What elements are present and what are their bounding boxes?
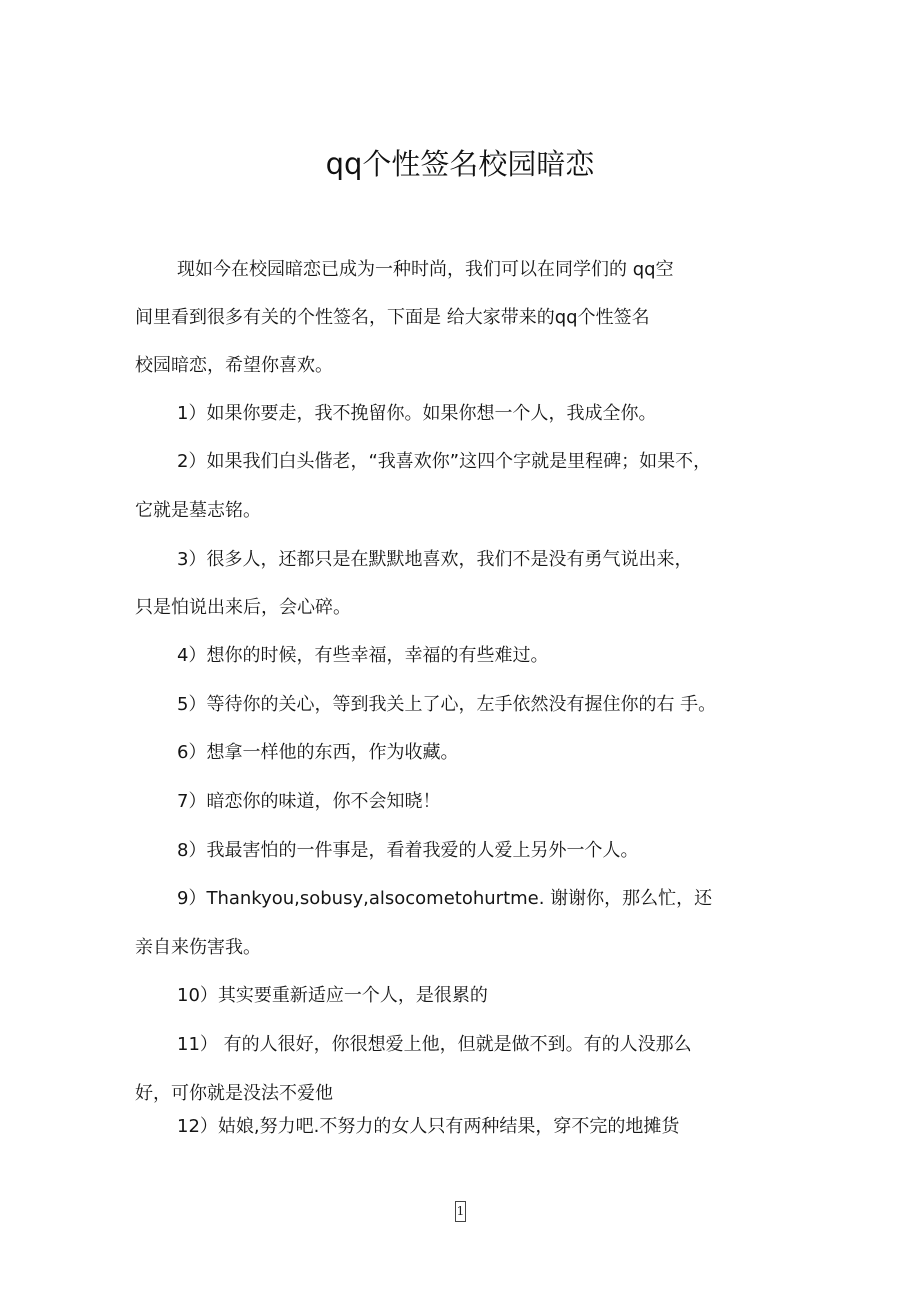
paragraph-line: 8）我最害怕的一件事是，看着我爱的人爱上另外一个人。	[177, 839, 638, 863]
paragraph-line: 5）等待你的关心，等到我关上了心，左手依然没有握住你的右 手。	[177, 693, 716, 717]
paragraph-line: 6）想拿一样他的东西，作为收藏。	[177, 741, 458, 765]
paragraph-line: 3）很多人，还都只是在默默地喜欢，我们不是没有勇气说出来，	[177, 548, 692, 572]
page-number: 1	[455, 1201, 466, 1222]
paragraph-line: 它就是墓志铭。	[135, 499, 261, 523]
paragraph-line: 校园暗恋，希望你喜欢。	[135, 354, 333, 378]
paragraph-line: 4）想你的时候，有些幸福，幸福的有些难过。	[177, 644, 548, 668]
paragraph-line: 1）如果你要走，我不挽留你。如果你想一个人，我成全你。	[177, 402, 656, 426]
document-page: qq个性签名校园暗恋 现如今在校园暗恋已成为一种时尚，我们可以在同学们的 qq空…	[0, 0, 920, 1303]
paragraph-line: 间里看到很多有关的个性签名，下面是 给大家带来的qq个性签名	[135, 306, 650, 330]
paragraph-line: 好，可你就是没法不爱他	[135, 1082, 333, 1106]
paragraph-line: 9）Thankyou,sobusy,alsocometohurtme. 谢谢你，…	[177, 887, 712, 911]
paragraph-line: 只是怕说出来后，会心碎。	[135, 596, 351, 620]
paragraph-line: 10）其实要重新适应一个人，是很累的	[177, 984, 488, 1008]
paragraph-line: 11） 有的人很好，你很想爱上他，但就是做不到。有的人没那么	[177, 1033, 692, 1057]
paragraph-line: 7）暗恋你的味道，你不会知晓！	[177, 790, 440, 814]
document-title: qq个性签名校园暗恋	[0, 142, 920, 186]
paragraph-line: 亲自来伤害我。	[135, 936, 261, 960]
paragraph-line: 现如今在校园暗恋已成为一种时尚，我们可以在同学们的 qq空	[177, 258, 674, 282]
paragraph-line: 2）如果我们白头偕老，“我喜欢你”这四个字就是里程碑；如果不，	[177, 450, 711, 474]
paragraph-line: 12）姑娘,努力吧.不努力的女人只有两种结果，穿不完的地摊货	[177, 1115, 679, 1139]
